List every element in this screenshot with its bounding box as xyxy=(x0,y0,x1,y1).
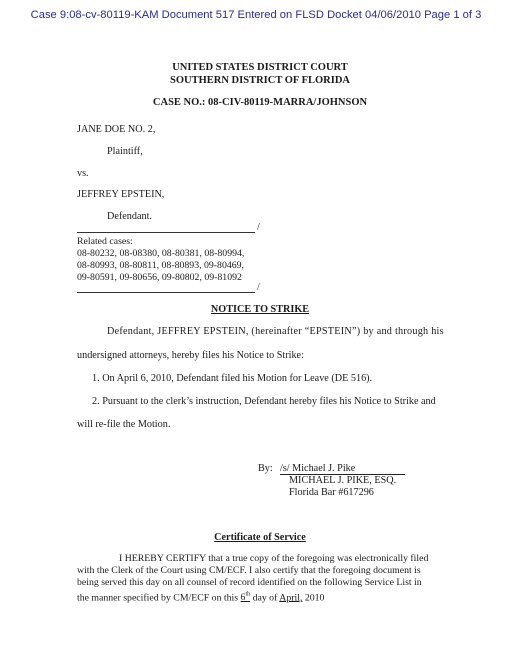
related-cases-line: 08-80993, 08-80811, 08-80893, 09-80469, xyxy=(77,260,244,272)
defendant-role: Defendant. xyxy=(107,211,152,222)
plaintiff-role: Plaintiff, xyxy=(107,146,143,157)
related-cases-label: Related cases: xyxy=(77,236,133,248)
notice-intro-line2: undersigned attorneys, hereby files his … xyxy=(77,350,304,361)
notice-intro-line1: Defendant, JEFFREY EPSTEIN, (hereinafter… xyxy=(107,326,444,337)
certificate-line3: being served this day on all counsel of … xyxy=(77,577,422,589)
signature-value: /s/ Michael J. Pike xyxy=(280,463,355,474)
defendant-name: JEFFREY EPSTEIN, xyxy=(77,189,164,200)
notice-title: NOTICE TO STRIKE xyxy=(0,304,512,315)
notice-item-2-cont: will re-file the Motion. xyxy=(77,419,170,430)
docket-stamp: Case 9:08-cv-80119-KAM Document 517 Ente… xyxy=(0,9,512,21)
notice-item-1: 1. On April 6, 2010, Defendant filed his… xyxy=(92,373,372,384)
certificate-line4: the manner specified by CM/ECF on this 6… xyxy=(77,589,324,604)
related-cases-line: 08-80232, 08-08380, 08-80381, 08-80994, xyxy=(77,248,244,260)
certificate-line1: I HEREBY CERTIFY that a true copy of the… xyxy=(119,553,428,565)
case-number: CASE NO.: 08-CIV-80119-MARRA/JOHNSON xyxy=(4,97,512,108)
certificate-year: 2010 xyxy=(302,592,324,603)
certificate-line4-mid: day of xyxy=(250,592,279,603)
attorney-bar-number: Florida Bar #617296 xyxy=(289,487,374,498)
caption-slash: / xyxy=(257,222,260,233)
certificate-title: Certificate of Service xyxy=(0,532,512,543)
signature-line: /s/ Michael J. Pike xyxy=(280,463,405,475)
court-name: UNITED STATES DISTRICT COURT xyxy=(4,61,512,74)
certificate-month: April, xyxy=(279,592,302,603)
attorney-name: MICHAEL J. PIKE, ESQ. xyxy=(289,475,396,486)
related-rule xyxy=(77,292,255,293)
related-slash: / xyxy=(257,282,260,293)
plaintiff-name: JANE DOE NO. 2, xyxy=(77,124,155,135)
certificate-day: 6th xyxy=(241,592,251,603)
notice-item-2: 2. Pursuant to the clerk’s instruction, … xyxy=(92,396,436,407)
certificate-line2: with the Clerk of the Court using CM/ECF… xyxy=(77,565,421,577)
court-district: SOUTHERN DISTRICT OF FLORIDA xyxy=(4,74,512,87)
caption-rule xyxy=(77,232,255,233)
versus: vs. xyxy=(77,168,89,179)
related-cases-line: 09-80591, 09-80656, 09-80802, 09-81092 xyxy=(77,272,242,284)
signature-by-label: By: xyxy=(258,463,273,474)
certificate-line4-text: the manner specified by CM/ECF on this xyxy=(77,592,241,603)
